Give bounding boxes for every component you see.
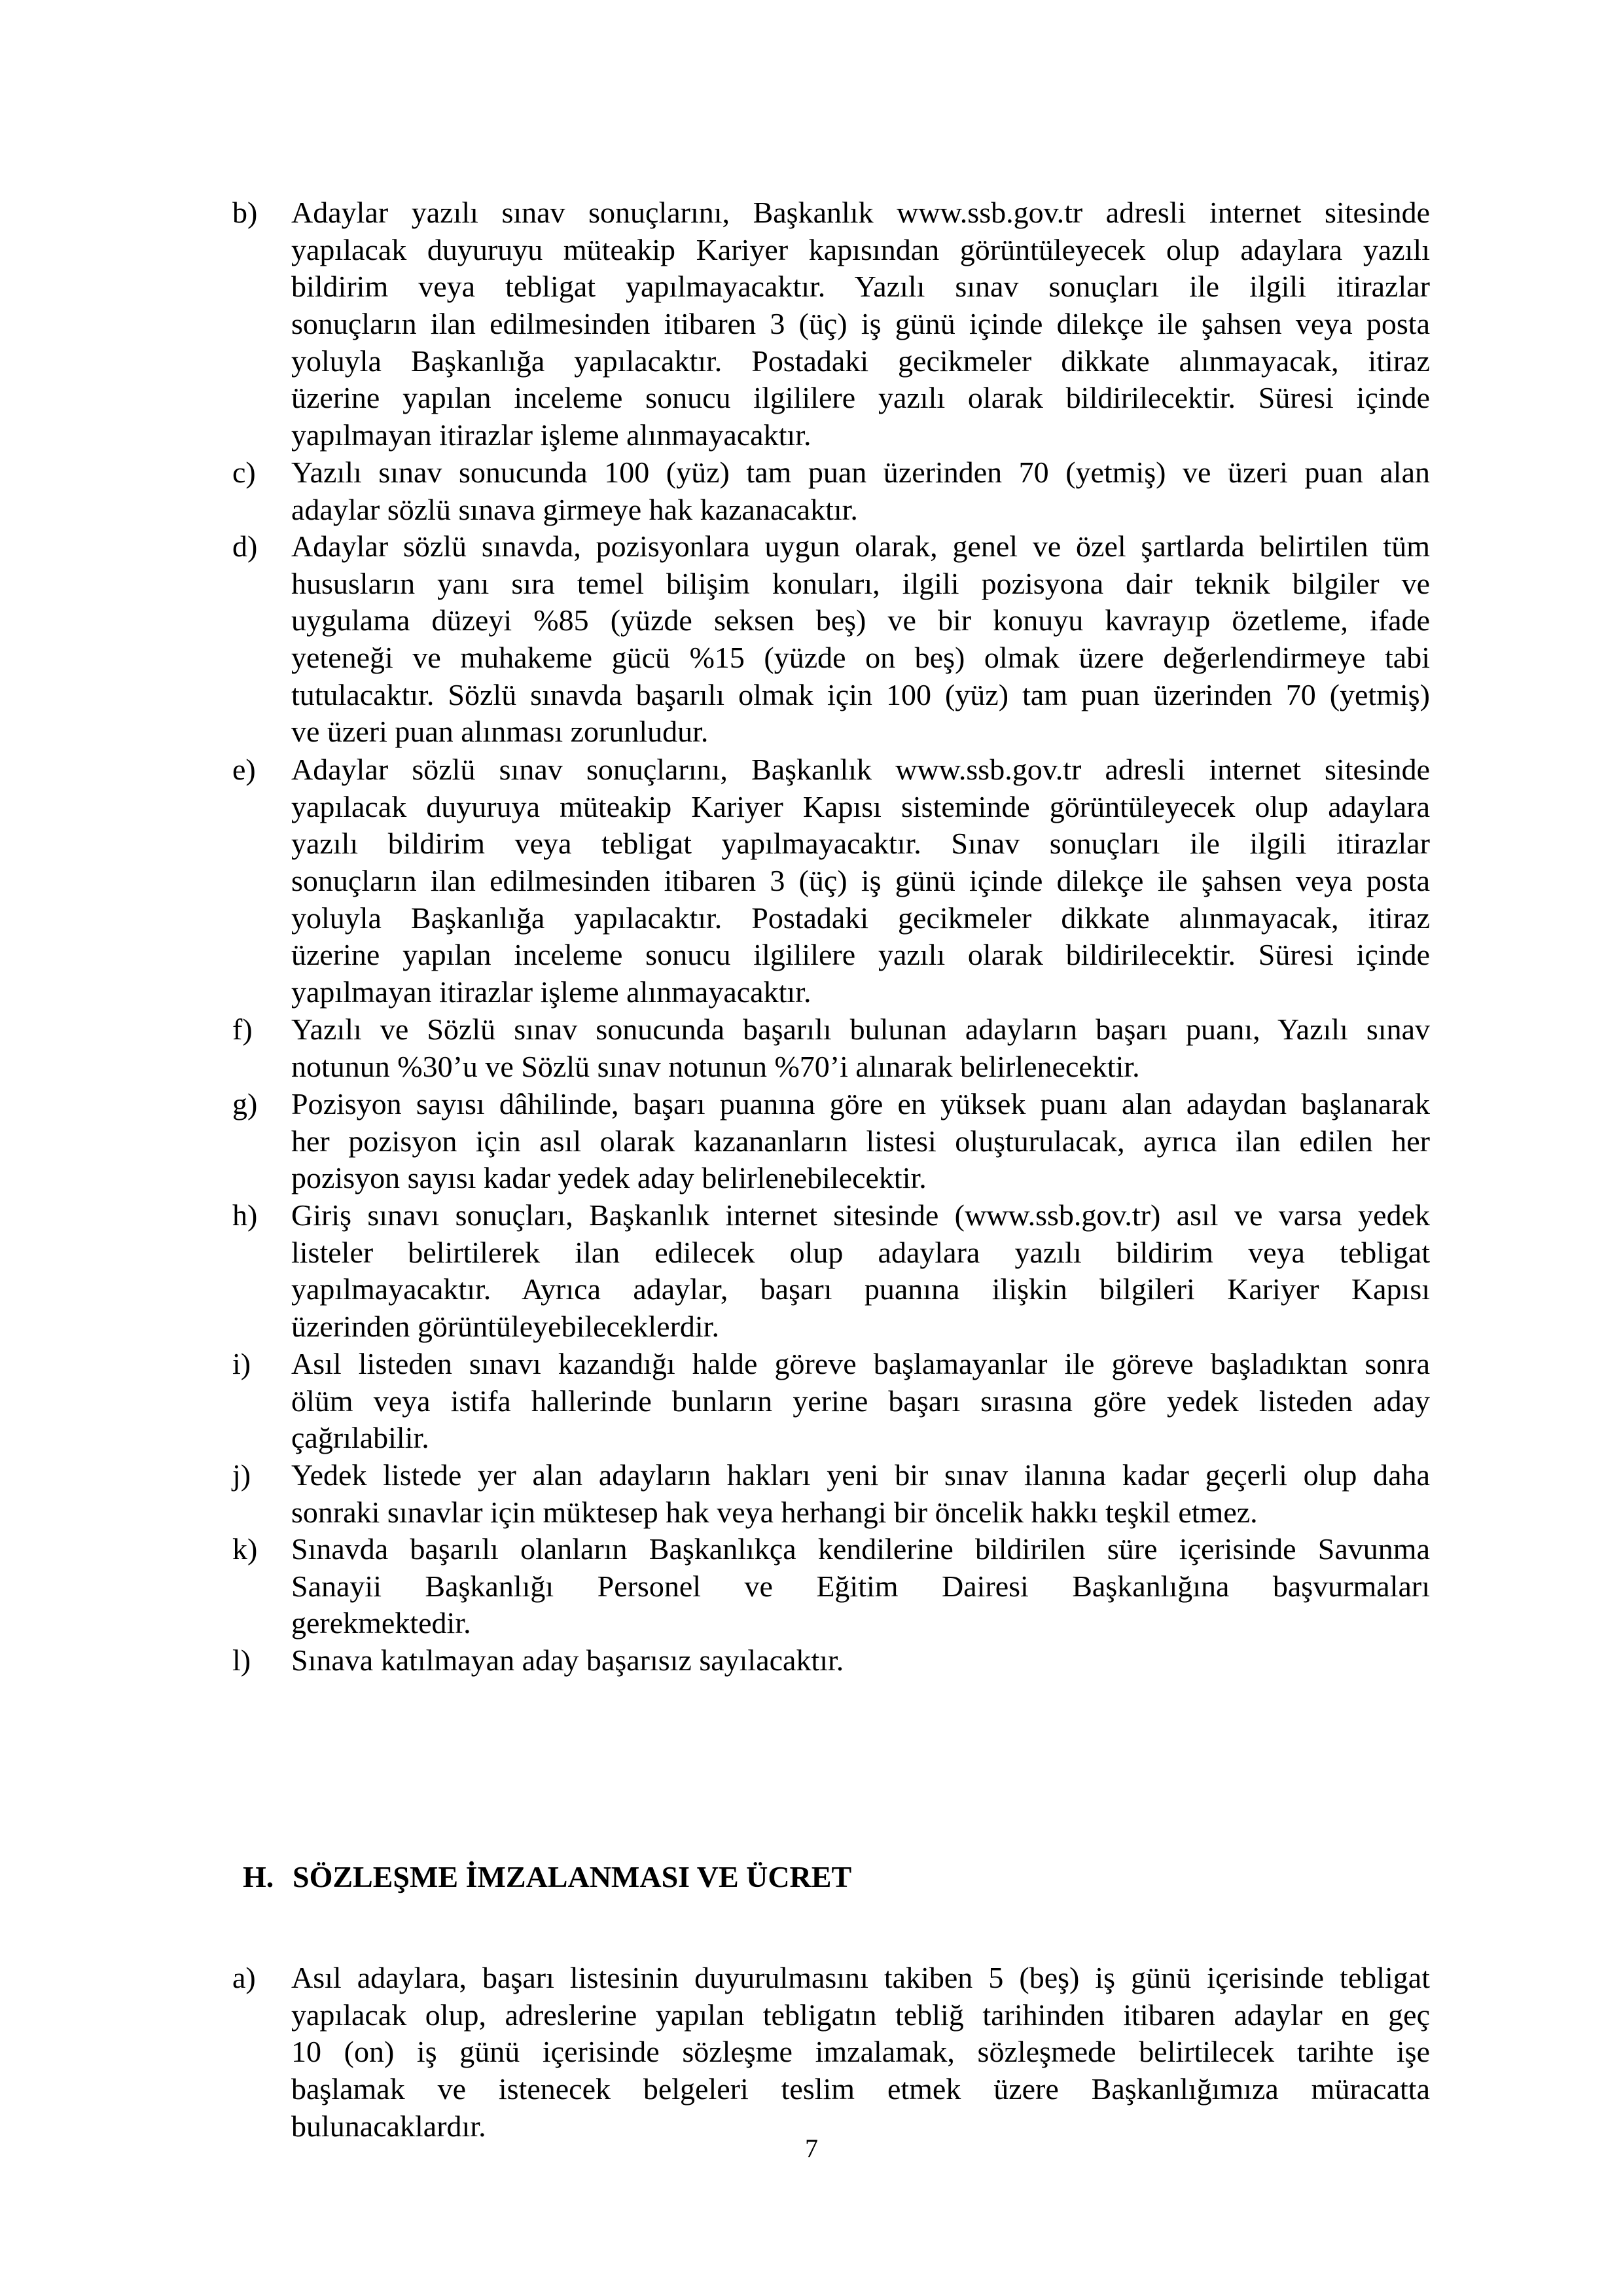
text-line: adaylar sözlü sınava girmeye hak kazanac… [291,492,1430,529]
text-line: Sınava katılmayan aday başarısız sayılac… [291,1642,1430,1679]
list-item-text: Yedek listede yer alan adayların hakları… [291,1457,1430,1531]
text-line: yeteneği ve muhakeme gücü %15 (yüzde on … [291,639,1430,677]
text-line: tutulacaktır. Sözlü sınavda başarılı olm… [291,677,1430,714]
list-item-text: Adaylar sözlü sınav sonuçlarını, Başkanl… [291,751,1430,1011]
list-item-label: j) [232,1457,251,1494]
page-number: 7 [779,2132,844,2165]
text-line: ve üzeri puan alınması zorunludur. [291,713,1430,751]
text-line: sonraki sınavlar için müktesep hak veya … [291,1494,1430,1532]
document-page: b) Adaylar yazılı sınav sonuçlarını, Baş… [0,0,1623,2296]
text-line: Giriş sınavı sonuçları, Başkanlık intern… [291,1197,1430,1234]
text-line: Yedek listede yer alan adayların hakları… [291,1457,1430,1494]
list-item-label: l) [232,1642,251,1679]
text-line: Asıl adaylara, başarı listesinin duyurul… [291,1960,1430,1997]
text-line: Sınavda başarılı olanların Başkanlıkça k… [291,1531,1430,1568]
list-item-label: h) [232,1197,257,1234]
text-line: Sanayii Başkanlığı Personel ve Eğitim Da… [291,1568,1430,1605]
list-item-label: g) [232,1086,257,1123]
text-line: Adaylar sözlü sınavda, pozisyonlara uygu… [291,528,1430,565]
list-item-text: Sınava katılmayan aday başarısız sayılac… [291,1642,1430,1679]
text-line: gerekmektedir. [291,1605,1430,1642]
list-item-text: Adaylar sözlü sınavda, pozisyonlara uygu… [291,528,1430,751]
text-line: yazılı bildirim veya tebligat yapılmayac… [291,825,1430,863]
list-item-label: k) [232,1531,257,1568]
text-line: Adaylar sözlü sınav sonuçlarını, Başkanl… [291,751,1430,789]
text-line: yapılacak duyuruya müteakip Kariyer Kapı… [291,789,1430,826]
text-line: sonuçların ilan edilmesinden itibaren 3 … [291,306,1430,343]
text-line: üzerinden görüntüleyebileceklerdir. [291,1308,1430,1346]
list-item-text: Yazılı sınav sonucunda 100 (yüz) tam pua… [291,454,1430,528]
text-line: Adaylar yazılı sınav sonuçlarını, Başkan… [291,194,1430,232]
text-line: üzerine yapılan inceleme sonucu ilgilile… [291,937,1430,974]
text-line: yoluyla Başkanlığa yapılacaktır. Postada… [291,900,1430,937]
text-line: Pozisyon sayısı dâhilinde, başarı puanın… [291,1086,1430,1123]
list-item-label: a) [232,1960,256,1997]
text-line: üzerine yapılan inceleme sonucu ilgilile… [291,380,1430,417]
section-number: H. [243,1859,293,1896]
text-line: yapılacak duyuruyu müteakip Kariyer kapı… [291,232,1430,269]
text-line: her pozisyon için asıl olarak kazananlar… [291,1123,1430,1160]
text-line: listeler belirtilerek ilan edilecek olup… [291,1234,1430,1272]
text-line: sonuçların ilan edilmesinden itibaren 3 … [291,863,1430,900]
text-line: pozisyon sayısı kadar yedek aday belirle… [291,1160,1430,1197]
section-title: SÖZLEŞME İMZALANMASI VE ÜCRET [293,1860,851,1893]
text-line: yapılacak olup, adreslerine yapılan tebl… [291,1997,1430,2034]
text-line: hususların yanı sıra temel bilişim konul… [291,565,1430,603]
list-item-label: c) [232,454,256,492]
text-line: yapılmayacaktır. Ayrıca adaylar, başarı … [291,1271,1430,1308]
section-heading-h: H.SÖZLEŞME İMZALANMASI VE ÜCRET [243,1859,851,1896]
list-item-text: Giriş sınavı sonuçları, Başkanlık intern… [291,1197,1430,1346]
list-item-label: f) [232,1011,253,1049]
text-line: çağrılabilir. [291,1420,1430,1457]
list-item-text: Pozisyon sayısı dâhilinde, başarı puanın… [291,1086,1430,1197]
list-item-label: d) [232,528,257,565]
text-line: bulunacaklardır. [291,2108,1430,2145]
list-item-label: i) [232,1346,251,1383]
text-line: uygulama düzeyi %85 (yüzde seksen beş) v… [291,602,1430,639]
text-line: 10 (on) iş günü içerisinde sözleşme imza… [291,2034,1430,2071]
list-item-text: Adaylar yazılı sınav sonuçlarını, Başkan… [291,194,1430,454]
list-item-text: Asıl listeden sınavı kazandığı halde gör… [291,1346,1430,1457]
text-line: yoluyla Başkanlığa yapılacaktır. Postada… [291,343,1430,380]
text-line: notunun %30’u ve Sözlü sınav notunun %70… [291,1049,1430,1086]
list-item-text: Sınavda başarılı olanların Başkanlıkça k… [291,1531,1430,1642]
text-line: Yazılı sınav sonucunda 100 (yüz) tam pua… [291,454,1430,492]
text-line: ölüm veya istifa hallerinde bunların yer… [291,1383,1430,1420]
text-line: Asıl listeden sınavı kazandığı halde gör… [291,1346,1430,1383]
text-line: yapılmayan itirazlar işleme alınmayacakt… [291,974,1430,1011]
list-item-label: e) [232,751,256,789]
list-item-text: Asıl adaylara, başarı listesinin duyurul… [291,1960,1430,2145]
text-line: bildirim veya tebligat yapılmayacaktır. … [291,268,1430,306]
text-line: Yazılı ve Sözlü sınav sonucunda başarılı… [291,1011,1430,1049]
list-item-text: Yazılı ve Sözlü sınav sonucunda başarılı… [291,1011,1430,1085]
text-line: yapılmayan itirazlar işleme alınmayacakt… [291,417,1430,454]
text-line: başlamak ve istenecek belgeleri teslim e… [291,2071,1430,2108]
list-item-label: b) [232,194,257,232]
